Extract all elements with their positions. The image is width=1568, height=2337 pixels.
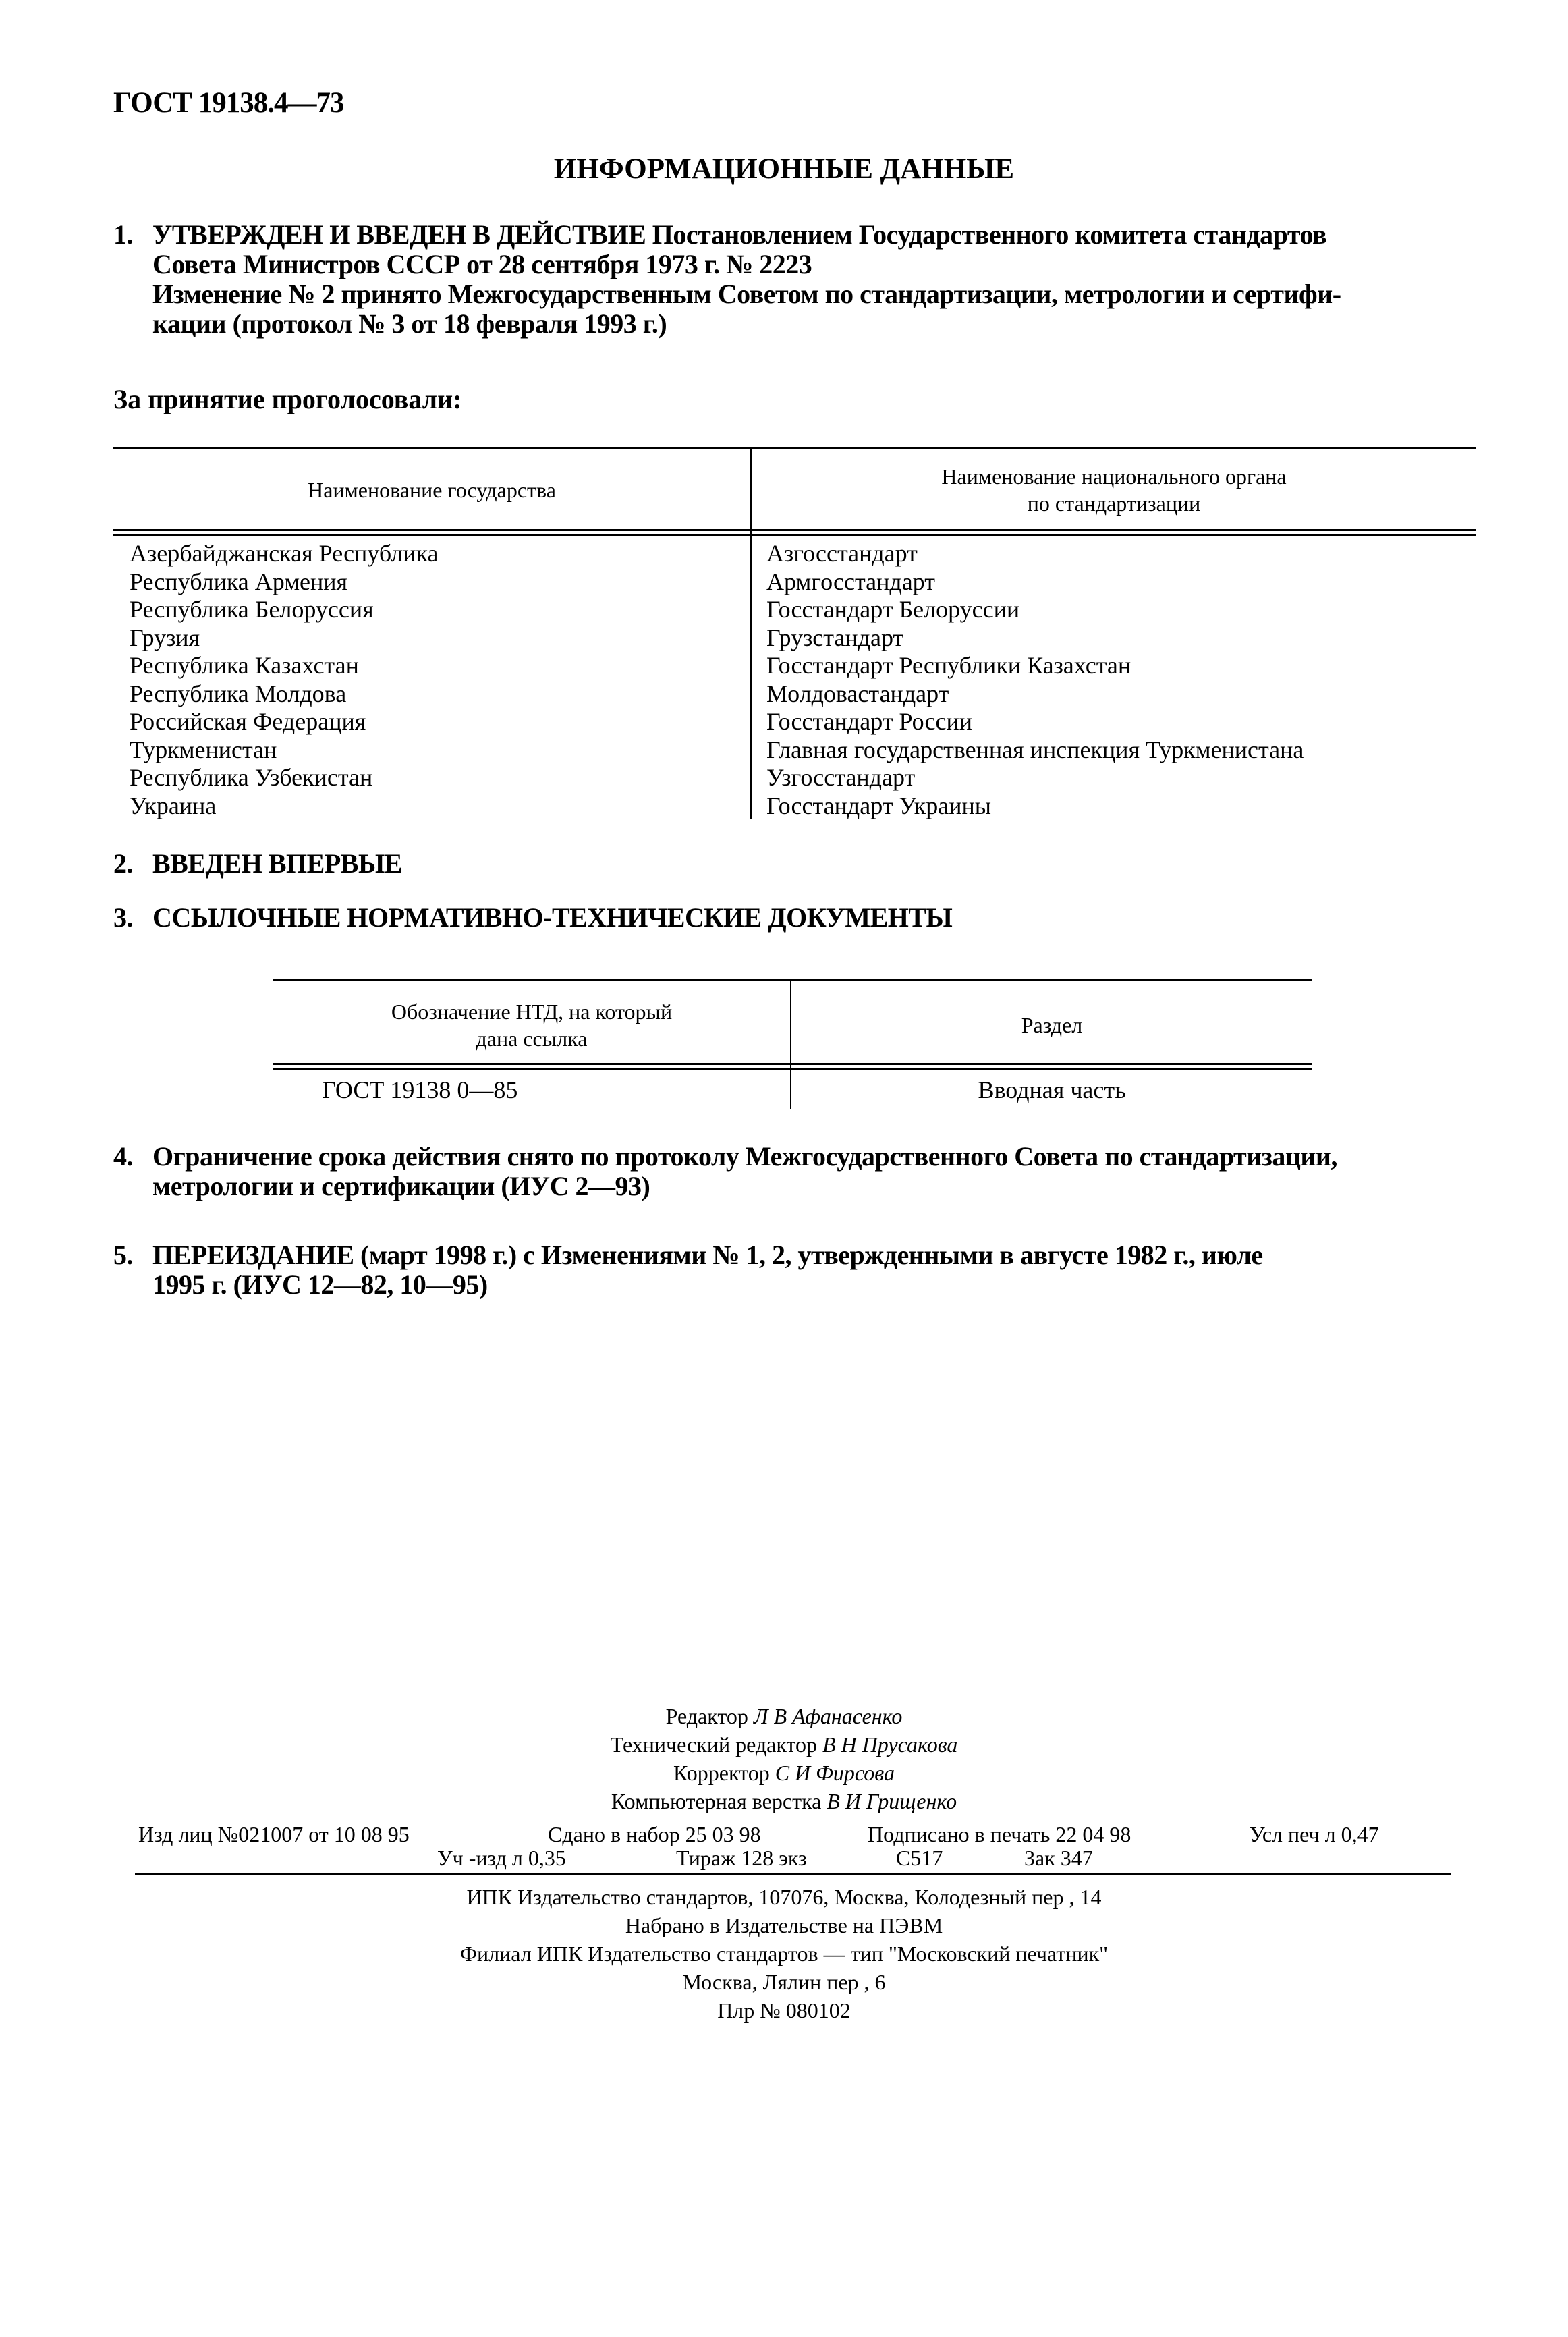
table-row-state: Туркменистан [130,736,438,765]
imprint: ИПК Издательство стандартов, 107076, Мос… [0,1883,1568,2025]
typeset-date: Сдано в набор 25 03 98 [548,1822,761,1847]
item-1: 1. УТВЕРЖДЕН И ВВЕДЕН В ДЕЙСТВИЕ Постано… [113,220,1469,339]
table-row-body: Азгосстандарт [766,540,1304,568]
table-row-state: Республика Узбекистан [130,764,438,792]
item-text: Совета Министров СССР от 28 сентября 197… [152,249,812,279]
table-row-state: Республика Казахстан [130,652,438,680]
credit-layout: Компьютерная верстка В И Грищенко [0,1787,1568,1815]
table-row-body: Госстандарт Республики Казахстан [766,652,1304,680]
footer-divider [135,1873,1451,1875]
table-row-state: Азербайджанская Республика [130,540,438,568]
table-row-body: Госстандарт Белоруссии [766,596,1304,624]
state-column: Азербайджанская РеспубликаРеспублика Арм… [130,540,438,820]
table-row-body: Узгосстандарт [766,764,1304,792]
item-5: 5. ПЕРЕИЗДАНИЕ (март 1998 г.) с Изменени… [113,1240,1469,1300]
votes-label: За принятие проголосовали: [113,383,461,415]
item-heading: ССЫЛОЧНЫЕ НОРМАТИВНО-ТЕХНИЧЕСКИЕ ДОКУМЕН… [152,903,1469,933]
signed-date: Подписано в печать 22 04 98 [868,1822,1131,1847]
license-info: Изд лиц №021007 от 10 08 95 [138,1822,410,1847]
page-title: ИНФОРМАЦИОННЫЕ ДАННЫЕ [0,153,1568,186]
table-row-state: Республика Армения [130,568,438,597]
item-heading: УТВЕРЖДЕН И ВВЕДЕН В ДЕЙСТВИЕ [152,219,646,250]
ref-doc: ГОСТ 19138 0—85 [322,1076,517,1105]
credit-tech-editor: Технический редактор В Н Прусакова [0,1730,1568,1759]
item-3: 3. ССЫЛОЧНЫЕ НОРМАТИВНО-ТЕХНИЧЕСКИЕ ДОКУ… [113,903,1469,933]
item-2: 2. ВВЕДЕН ВПЕРВЫЕ [113,849,1469,879]
body-column: АзгосстандартАрмгосстандартГосстандарт Б… [766,540,1304,820]
table-row-state: Республика Молдова [130,680,438,709]
credit-editor: Редактор Л В Афанасенко [0,1702,1568,1730]
item-heading: ВВЕДЕН ВПЕРВЫЕ [152,849,1469,879]
circulation: Тираж 128 экз [676,1846,807,1871]
table-row-state: Грузия [130,624,438,653]
amendment-text: Изменение № 2 принято Межгосударственным… [152,279,1341,309]
credit-corrector: Корректор С И Фирсова [0,1759,1568,1787]
amendment-text: кации (протокол № 3 от 18 февраля 1993 г… [152,308,667,339]
table-row-body: Армгосстандарт [766,568,1304,597]
credits: Редактор Л В Афанасенко Технический реда… [0,1702,1568,1815]
table-header-rule [113,529,1476,536]
table-row-body: Молдовастандарт [766,680,1304,709]
item-heading: ПЕРЕИЗДАНИЕ [152,1240,354,1270]
item-text: Постановлением Государственного комитета… [652,219,1326,250]
table-row-body: Госстандарт России [766,708,1304,736]
print-sheets: Усл печ л 0,47 [1250,1822,1379,1847]
references-table: Обозначение НТД, на который дана ссылка … [273,979,1312,1114]
table-row-state: Республика Белоруссия [130,596,438,624]
table-row-body: Госстандарт Украины [766,792,1304,821]
table-row-state: Российская Федерация [130,708,438,736]
document-id: ГОСТ 19138.4—73 [113,86,344,119]
table-row-state: Украина [130,792,438,821]
header-state: Наименование государства [113,476,750,503]
code: С517 [896,1846,943,1871]
item-4: 4. Ограничение срока действия снято по п… [113,1142,1469,1201]
header-ntd: Обозначение НТД, на который дана ссылка [273,998,790,1052]
order-number: Зак 347 [1024,1846,1093,1871]
header-section: Раздел [791,1012,1312,1039]
item-number: 1. [113,220,133,250]
table-rule [113,447,1476,449]
table-row-body: Главная государственная инспекция Туркме… [766,736,1304,765]
header-body: Наименование национального органа по ста… [752,463,1476,517]
edu-sheets: Уч -изд л 0,35 [437,1846,566,1871]
table-row-body: Грузстандарт [766,624,1304,653]
ref-section: Вводная часть [791,1076,1312,1105]
